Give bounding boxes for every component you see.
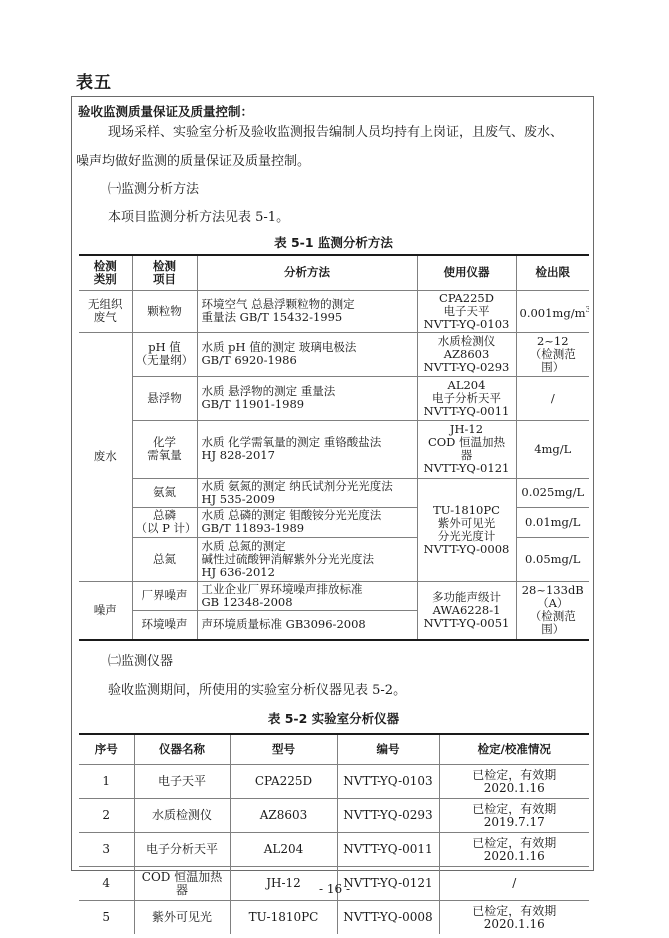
intro-line-1: 现场采样、实验室分析及验收监测报告编制人员均持有上岗证，且废气、废水、 (108, 124, 563, 142)
name-cell: 紫外可见光 (134, 901, 230, 935)
table-row: 氨氮 水质 氨氮的测定 纳氏试剂分光光度法 HJ 535-2009 TU-181… (79, 478, 589, 507)
header-calibration: 检定/校准情况 (439, 734, 589, 765)
method-cell: 水质 pH 值的测定 玻璃电极法 GB/T 6920-1986 (197, 332, 417, 376)
instrument-cell: TU-1810PC 紫外可见光 分光光度计 NVTT-YQ-0008 (417, 478, 516, 581)
limit-cell: 0.025mg/L (516, 478, 589, 507)
item-cell: 颗粒物 (132, 290, 197, 332)
table-header-row: 序号 仪器名称 型号 编号 检定/校准情况 (79, 734, 589, 765)
table-row: 废水 pH 值 （无量纲） 水质 pH 值的测定 玻璃电极法 GB/T 6920… (79, 332, 589, 376)
category-cell: 噪声 (79, 581, 132, 640)
name-cell: 水质检测仪 (134, 799, 230, 833)
limit-superscript: 3 (585, 305, 589, 314)
item-cell: 厂界噪声 (132, 581, 197, 610)
table-row: 噪声 厂界噪声 工业企业厂界环境噪声排放标准 GB 12348-2008 多功能… (79, 581, 589, 610)
table-row: 化学 需氧量 水质 化学需氧量的测定 重铬酸盐法 HJ 828-2017 JH-… (79, 420, 589, 478)
page-number: - 16 - (0, 882, 669, 896)
table-header-row: 检测 类别 检测 项目 分析方法 使用仪器 检出限 (79, 255, 589, 290)
instrument-cell: JH-12 COD 恒温加热 器 NVTT-YQ-0121 (417, 420, 516, 478)
limit-cell: 28~133dB （A） （检测范 围） (516, 581, 589, 640)
instrument-cell: CPA225D 电子天平 NVTT-YQ-0103 (417, 290, 516, 332)
table-row: 悬浮物 水质 悬浮物的测定 重量法 GB/T 11901-1989 AL204 … (79, 376, 589, 420)
header-item: 检测 项目 (132, 255, 197, 290)
index-cell: 3 (79, 833, 134, 867)
limit-value: 0.001mg/m (520, 305, 586, 319)
index-cell: 2 (79, 799, 134, 833)
intro-line-2: 噪声均做好监测的质量保证及质量控制。 (76, 153, 310, 171)
table-row: 1 电子天平 CPA225D NVTT-YQ-0103 已检定，有效期 2020… (79, 765, 589, 799)
table-5-1-analysis-methods: 检测 类别 检测 项目 分析方法 使用仪器 检出限 无组织 废气 颗粒物 环境空… (79, 254, 589, 641)
category-cell: 废水 (79, 332, 132, 581)
table-5-2-lab-instruments: 序号 仪器名称 型号 编号 检定/校准情况 1 电子天平 CPA225D NVT… (79, 733, 589, 934)
table-row: 2 水质检测仪 AZ8603 NVTT-YQ-0293 已检定，有效期 2019… (79, 799, 589, 833)
model-cell: AZ8603 (230, 799, 337, 833)
serial-cell: NVTT-YQ-0293 (337, 799, 439, 833)
content-box: 验收监测质量保证及质量控制： 现场采样、实验室分析及验收监测报告编制人员均持有上… (71, 96, 594, 871)
header-method: 分析方法 (197, 255, 417, 290)
instruments-reference: 验收监测期间，所使用的实验室分析仪器见表 5-2。 (108, 682, 406, 700)
method-cell: 水质 氨氮的测定 纳氏试剂分光光度法 HJ 535-2009 (197, 478, 417, 507)
header-model: 型号 (230, 734, 337, 765)
item-cell: 氨氮 (132, 478, 197, 507)
header-serial: 编号 (337, 734, 439, 765)
item-cell: 总磷 （以 P 计） (132, 507, 197, 537)
limit-cell: / (516, 376, 589, 420)
subheading-methods: ㈠监测分析方法 (108, 181, 199, 199)
limit-cell: 4mg/L (516, 420, 589, 478)
method-cell: 环境空气 总悬浮颗粒物的测定 重量法 GB/T 15432-1995 (197, 290, 417, 332)
limit-cell: 0.001mg/m3 (516, 290, 589, 332)
methods-reference: 本项目监测分析方法见表 5-1。 (108, 209, 289, 227)
header-index: 序号 (79, 734, 134, 765)
item-cell: 悬浮物 (132, 376, 197, 420)
box-heading: 验收监测质量保证及质量控制： (78, 102, 253, 120)
name-cell: 电子分析天平 (134, 833, 230, 867)
method-cell: 声环境质量标准 GB3096-2008 (197, 610, 417, 640)
calibration-cell: 已检定，有效期 2020.1.16 (439, 833, 589, 867)
limit-cell: 0.01mg/L (516, 507, 589, 537)
instrument-cell: AL204 电子分析天平 NVTT-YQ-0011 (417, 376, 516, 420)
header-category: 检测 类别 (79, 255, 132, 290)
calibration-cell: 已检定，有效期 2019.7.17 (439, 799, 589, 833)
method-cell: 水质 化学需氧量的测定 重铬酸盐法 HJ 828-2017 (197, 420, 417, 478)
table-5-2-caption: 表 5-2 实验室分析仪器 (72, 709, 595, 727)
index-cell: 5 (79, 901, 134, 935)
header-limit: 检出限 (516, 255, 589, 290)
calibration-cell: 已检定，有效期 2020.1.16 (439, 765, 589, 799)
header-name: 仪器名称 (134, 734, 230, 765)
serial-cell: NVTT-YQ-0103 (337, 765, 439, 799)
instrument-cell: 多功能声级计 AWA6228-1 NVTT-YQ-0051 (417, 581, 516, 640)
item-cell: 总氮 (132, 537, 197, 581)
table-row: 无组织 废气 颗粒物 环境空气 总悬浮颗粒物的测定 重量法 GB/T 15432… (79, 290, 589, 332)
method-cell: 水质 总氮的测定 碱性过硫酸钾消解紫外分光光度法 HJ 636-2012 (197, 537, 417, 581)
category-cell: 无组织 废气 (79, 290, 132, 332)
method-cell: 水质 总磷的测定 钼酸铵分光光度法 GB/T 11893-1989 (197, 507, 417, 537)
section-title: 表五 (76, 68, 112, 93)
calibration-cell: 已检定，有效期 2020.1.16 (439, 901, 589, 935)
table-5-1-caption: 表 5-1 监测分析方法 (72, 233, 595, 251)
serial-cell: NVTT-YQ-0008 (337, 901, 439, 935)
model-cell: AL204 (230, 833, 337, 867)
table-row: 3 电子分析天平 AL204 NVTT-YQ-0011 已检定，有效期 2020… (79, 833, 589, 867)
subheading-instruments: ㈡监测仪器 (108, 653, 173, 671)
limit-cell: 2~12 （检测范 围） (516, 332, 589, 376)
item-cell: 化学 需氧量 (132, 420, 197, 478)
method-cell: 工业企业厂界环境噪声排放标准 GB 12348-2008 (197, 581, 417, 610)
name-cell: 电子天平 (134, 765, 230, 799)
model-cell: CPA225D (230, 765, 337, 799)
header-instrument: 使用仪器 (417, 255, 516, 290)
instrument-cell: 水质检测仪 AZ8603 NVTT-YQ-0293 (417, 332, 516, 376)
item-cell: 环境噪声 (132, 610, 197, 640)
serial-cell: NVTT-YQ-0011 (337, 833, 439, 867)
model-cell: TU-1810PC (230, 901, 337, 935)
limit-cell: 0.05mg/L (516, 537, 589, 581)
index-cell: 1 (79, 765, 134, 799)
table-row: 5 紫外可见光 TU-1810PC NVTT-YQ-0008 已检定，有效期 2… (79, 901, 589, 935)
item-cell: pH 值 （无量纲） (132, 332, 197, 376)
method-cell: 水质 悬浮物的测定 重量法 GB/T 11901-1989 (197, 376, 417, 420)
